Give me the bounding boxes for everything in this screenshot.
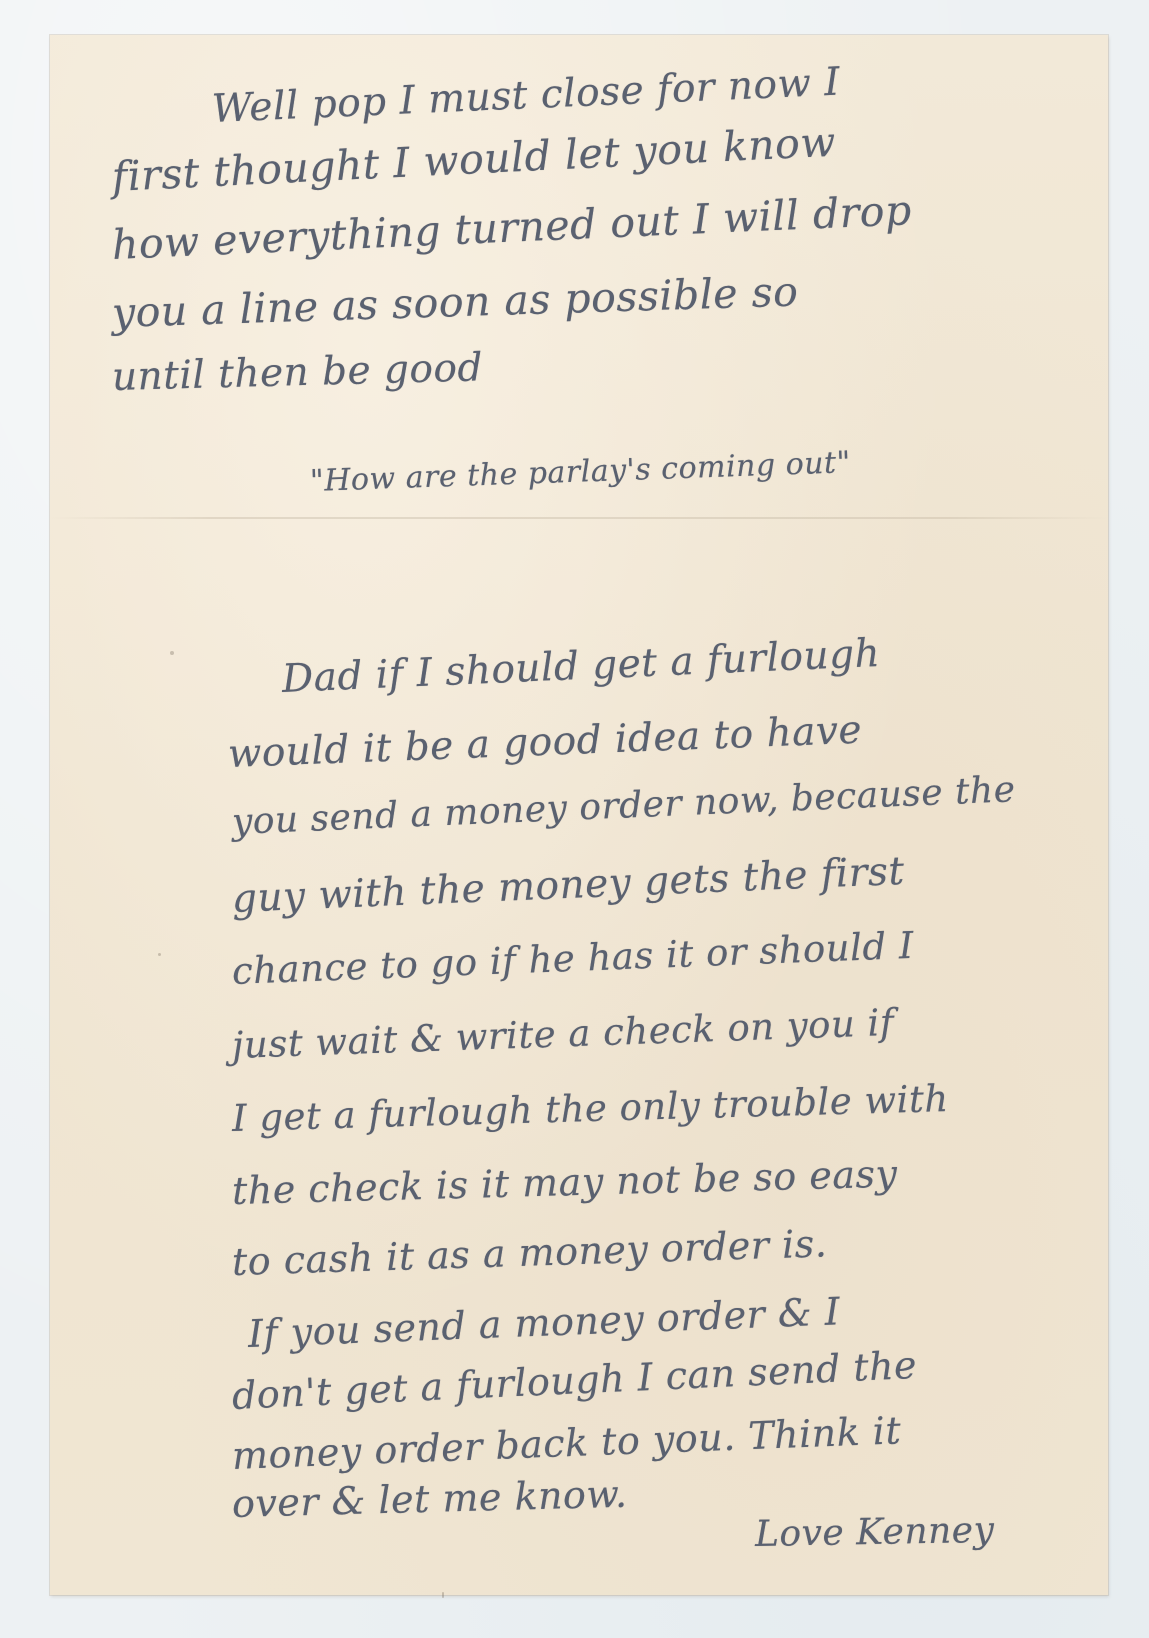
letter-line: you a line as soon as possible so xyxy=(111,271,799,334)
letter-line: money order back to you. Think it xyxy=(231,1411,902,1475)
letter-line: chance to go if he has it or should I xyxy=(231,927,914,990)
paper-speck xyxy=(170,651,174,655)
letter-line: If you send a money order & I xyxy=(247,1292,841,1353)
paper-speck xyxy=(442,1592,444,1598)
letter-line: over & let me know. xyxy=(232,1475,628,1523)
quote-line: "How are the parlay's coming out" xyxy=(309,448,851,497)
letter-line: Dad if I should get a furlough xyxy=(281,634,881,699)
letter-line: you send a money order now, because the xyxy=(231,772,1016,841)
letter-line: how everything turned out I will drop xyxy=(111,190,912,266)
letter-line: guy with the money gets the first xyxy=(231,852,905,919)
letter-line: would it be a good idea to have xyxy=(227,711,862,774)
letter-line: don't get a furlough I can send the xyxy=(231,1346,918,1415)
paper-fold-crease xyxy=(50,517,1108,519)
signature: Love Kenney xyxy=(755,1513,995,1553)
paper-speck xyxy=(158,953,161,956)
letter-line: until then be good xyxy=(111,348,483,397)
letter-line: first thought I would let you know xyxy=(111,122,837,198)
letter-line: to cash it as a money order is. xyxy=(231,1224,827,1281)
letter-line: the check is it may not be so easy xyxy=(232,1155,898,1210)
letter-line: just wait & write a check on you if xyxy=(231,1004,894,1064)
letter-line: Well pop I must close for now I xyxy=(211,63,841,129)
letter-page: Well pop I must close for now I first th… xyxy=(50,35,1108,1595)
letter-line: I get a furlough the only trouble with xyxy=(231,1080,949,1137)
